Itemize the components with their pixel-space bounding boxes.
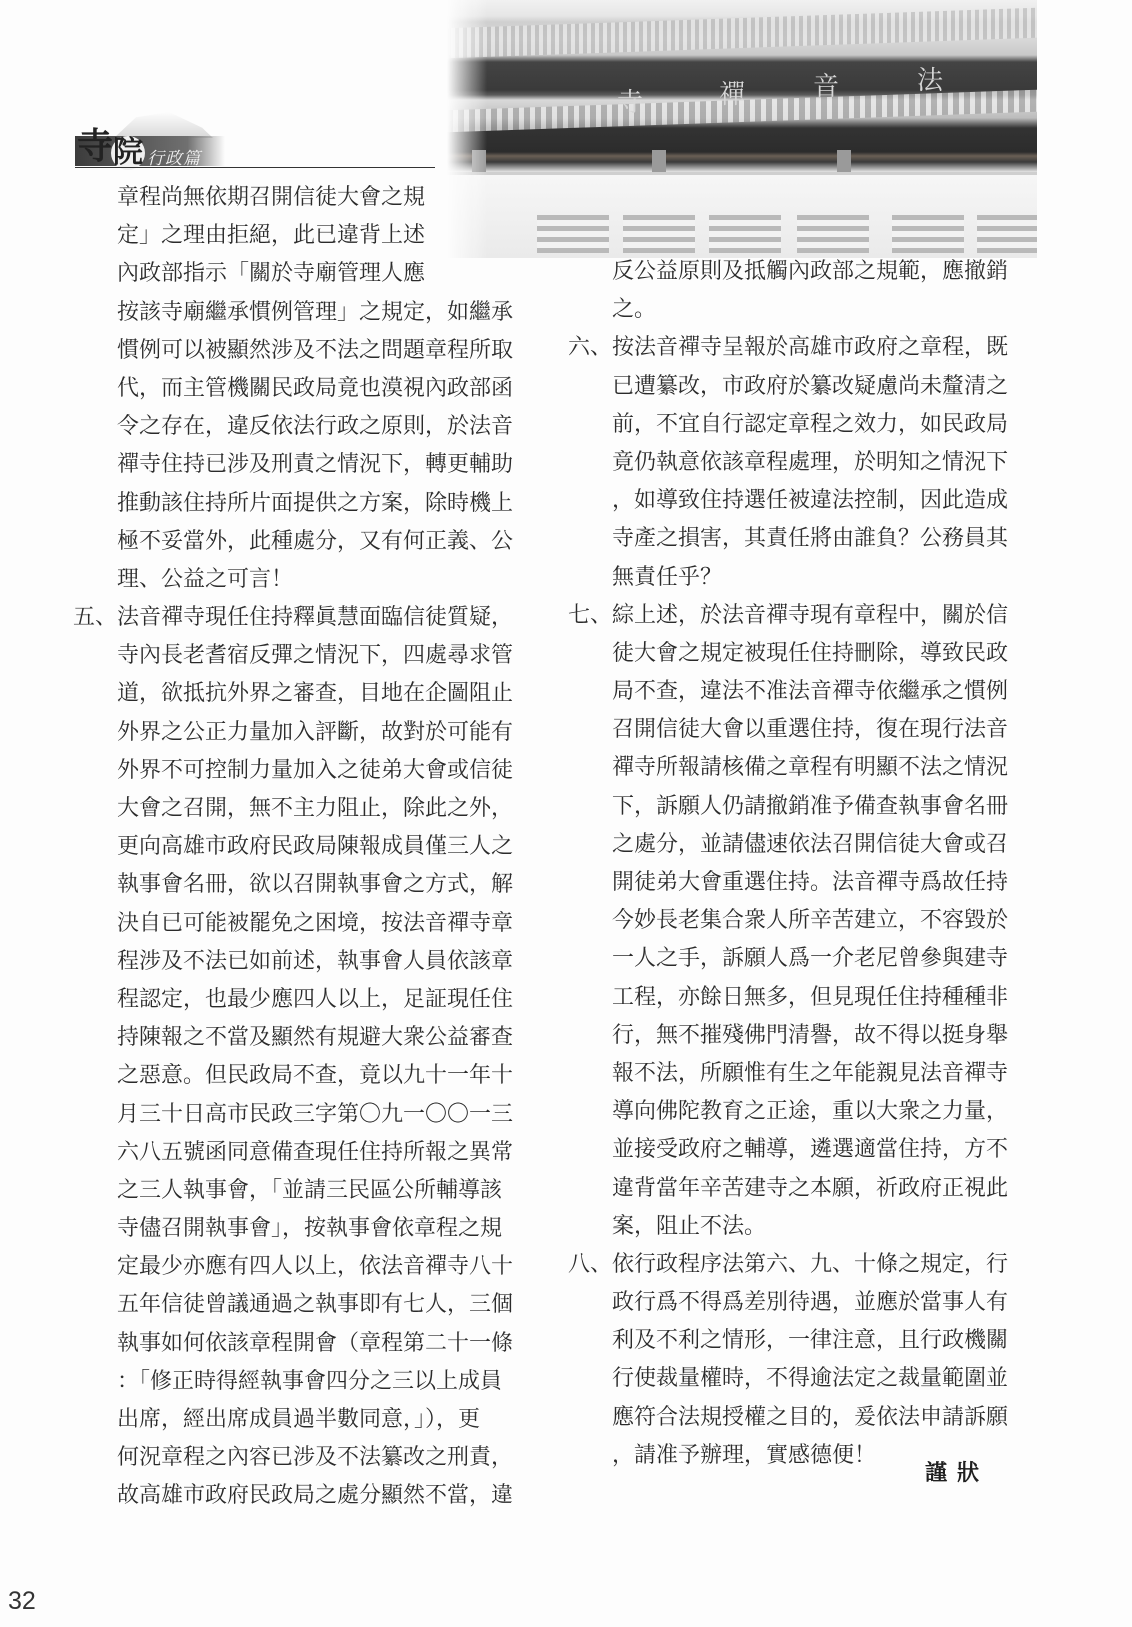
continuation-paragraph: 反公益原則及抵觸內政部之規範，應撤銷 之。 [612, 253, 1007, 329]
temple-sign-char: 禪 [719, 74, 745, 111]
text-line: 綜上述，於法音禪寺現有章程中，關於信 [612, 597, 1007, 635]
text-line: 大會之召開，無不主力阻止，除此之外， [117, 790, 512, 828]
text-line: 按該寺廟繼承慣例管理」之規定，如繼承 [117, 294, 512, 332]
text-line: 下，訴願人仍請撤銷准予備查執事會名冊 [612, 788, 1007, 826]
text-line: 禪寺住持已涉及刑責之情況下，轉更輔助 [117, 446, 512, 484]
text-line: 召開信徒大會以重選住持，復在現行法音 [612, 711, 1007, 749]
logo-char-temple: 寺 [77, 118, 113, 169]
text-line: 外界不可控制力量加入之徒弟大會或信徒 [117, 752, 512, 790]
section-logo: 寺 院 行政篇 [75, 112, 245, 168]
text-line: 出席，經出席成員過半數同意，」），更 [117, 1401, 512, 1439]
text-line: 執事如何依該章程開會（章程第二十一條 [117, 1325, 512, 1363]
text-line: 反公益原則及抵觸內政部之規範，應撤銷 [612, 253, 1007, 291]
text-line: 推動該住持所片面提供之方案，除時機上 [117, 485, 512, 523]
text-line: 理、公益之可言！ [117, 561, 512, 599]
text-line: 前，不宜自行認定章程之效力，如民政局 [612, 406, 1007, 444]
text-line: 程涉及不法已如前述，執事會人員依該章 [117, 943, 512, 981]
wall-vent [977, 215, 1037, 253]
numbered-item-5: 五、 法音禪寺現任住持釋眞慧面臨信徒質疑， 寺內長老耆宿反彈之情況下，四處尋求管… [117, 599, 512, 1516]
text-line: 竟仍執意依該章程處理，於明知之情況下 [612, 444, 1007, 482]
wall-vent [623, 215, 695, 253]
text-line: 導向佛陀教育之正途，重以大衆之力量， [612, 1093, 1007, 1131]
text-line: 徒大會之規定被現任住持刪除，導致民政 [612, 635, 1007, 673]
item-marker: 六、 [568, 329, 612, 367]
text-line: 令之存在，違反依法行政之原則，於法音 [117, 408, 512, 446]
text-line: 局不查，違法不准法音禪寺依繼承之慣例 [612, 673, 1007, 711]
text-line: 代，而主管機關民政局竟也漠視內政部函 [117, 370, 512, 408]
page-number: 32 [8, 1587, 36, 1616]
text-line: 行，無不摧殘佛門清譽，故不得以挺身舉 [612, 1017, 1007, 1055]
temple-sign-char: 音 [813, 66, 839, 103]
text-line: 之三人執事會，「並請三民區公所輔導該 [117, 1172, 512, 1210]
text-line: 依行政程序法第六、九、十條之規定，行 [612, 1246, 1007, 1284]
text-line: 之處分，並請儘速依法召開信徒大會或召 [612, 826, 1007, 864]
text-line: 之。 [612, 291, 1007, 329]
text-line: 更向高雄市政府民政局陳報成員僅三人之 [117, 828, 512, 866]
wall-vent [797, 215, 869, 253]
text-line: 內政部指示「關於寺廟管理人應 [117, 255, 512, 293]
text-line: 利及不利之情形，一律注意，且行政機關 [612, 1322, 1007, 1360]
numbered-item-6: 六、 按法音禪寺呈報於高雄市政府之章程，既 已遭纂改，市政府於纂改疑慮尚未釐清之… [612, 329, 1007, 596]
logo-subtitle: 行政篇 [147, 144, 201, 169]
text-line: 寺內長老耆宿反彈之情況下，四處尋求管 [117, 637, 512, 675]
numbered-item-8: 八、 依行政程序法第六、九、十條之規定，行 政行爲不得爲差別待遇，並應於當事人有… [612, 1246, 1007, 1475]
text-line: ：「修正時得經執事會四分之三以上成員 [117, 1363, 512, 1401]
text-line: 報不法，所願惟有生之年能親見法音禪寺 [612, 1055, 1007, 1093]
text-line: 月三十日高市民政三字第〇九一〇〇一三 [117, 1096, 512, 1134]
text-line: 章程尚無依期召開信徒大會之規 [117, 179, 512, 217]
text-line: 按法音禪寺呈報於高雄市政府之章程，既 [612, 329, 1007, 367]
text-line: 違背當年辛苦建寺之本願，祈政府正視此 [612, 1170, 1007, 1208]
left-column: 章程尚無依期召開信徒大會之規 定」之理由拒絕，此已違背上述 內政部指示「關於寺廟… [117, 179, 512, 1516]
text-line: 決自已可能被罷免之困境，按法音禪寺章 [117, 905, 512, 943]
text-line: 故高雄市政府民政局之處分顯然不當，違 [117, 1477, 512, 1515]
wall-vent [709, 215, 781, 253]
wall-vent [892, 215, 964, 253]
closing-signature: 謹狀 [925, 1456, 989, 1487]
text-line: 寺儘召開執事會」，按執事會依章程之規 [117, 1210, 512, 1248]
numbered-item-7: 七、 綜上述，於法音禪寺現有章程中，關於信 徒大會之規定被現任住持刪除，導致民政… [612, 597, 1007, 1246]
text-line: 極不妥當外，此種處分，又有何正義、公 [117, 523, 512, 561]
text-line: 之惡意。但民政局不查，竟以九十一年十 [117, 1057, 512, 1095]
text-line: 道，欲抵抗外界之審查，目地在企圖阻止 [117, 675, 512, 713]
text-line: 慣例可以被顯然涉及不法之問題章程所取 [117, 332, 512, 370]
text-line: 工程，亦餘日無多，但見現任住持種種非 [612, 979, 1007, 1017]
continuation-paragraph: 章程尚無依期召開信徒大會之規 定」之理由拒絕，此已違背上述 內政部指示「關於寺廟… [117, 179, 512, 599]
text-line: 應符合法規授權之目的，爰依法申請訴願 [612, 1399, 1007, 1437]
text-line: 程認定，也最少應四人以上，足証現任住 [117, 981, 512, 1019]
temple-sign-char: 寺 [617, 82, 643, 119]
text-line: 持陳報之不當及顯然有規避大衆公益審查 [117, 1019, 512, 1057]
text-line: 今妙長老集合衆人所辛苦建立，不容毀於 [612, 902, 1007, 940]
text-line: 六八五號函同意備查現任住持所報之異常 [117, 1134, 512, 1172]
text-line: 法音禪寺現任住持釋眞慧面臨信徒質疑， [117, 599, 512, 637]
text-line: 禪寺所報請核備之章程有明顯不法之情況 [612, 749, 1007, 787]
text-line: 行使裁量權時，不得逾法定之裁量範圍並 [612, 1360, 1007, 1398]
text-line: 寺產之損害，其責任將由誰負？公務員其 [612, 520, 1007, 558]
text-line: ，如導致住持選任被違法控制，因此造成 [612, 482, 1007, 520]
item-marker: 七、 [568, 597, 612, 635]
text-line: 已遭纂改，市政府於纂改疑慮尚未釐清之 [612, 368, 1007, 406]
text-line: 一人之手，訴願人爲一介老尼曾參與建寺 [612, 940, 1007, 978]
text-line: 外界之公正力量加入評斷，故對於可能有 [117, 714, 512, 752]
item-marker: 八、 [568, 1246, 612, 1284]
text-line: 案，阻止不法。 [612, 1208, 1007, 1246]
text-line: 定最少亦應有四人以上，依法音禪寺八十 [117, 1248, 512, 1286]
logo-char-courtyard: 院 [111, 136, 145, 170]
text-line: 政行爲不得爲差別待遇，並應於當事人有 [612, 1284, 1007, 1322]
header-divider [75, 167, 435, 168]
item-marker: 五、 [73, 599, 117, 637]
magazine-page: 寺 禪 音 法 寺 院 行政篇 章程尚無依期召開信徒大會之規 定」之理由拒絕，此… [0, 0, 1132, 1627]
temple-sign-char: 法 [917, 60, 943, 97]
roof-tiles-upper [447, 8, 1037, 59]
wall-vent [537, 215, 609, 253]
text-line: 無責任乎？ [612, 559, 1007, 597]
text-line: 定」之理由拒絕，此已違背上述 [117, 217, 512, 255]
text-line: 執事會名冊，欲以召開執事會之方式，解 [117, 866, 512, 904]
right-column: 反公益原則及抵觸內政部之規範，應撤銷 之。 六、 按法音禪寺呈報於高雄市政府之章… [612, 253, 1007, 1475]
temple-facade-photo: 寺 禪 音 法 [447, 0, 1037, 258]
text-line: 開徒弟大會重選住持。法音禪寺爲故任持 [612, 864, 1007, 902]
text-line: 五年信徒曾議通過之執事即有七人，三個 [117, 1286, 512, 1324]
text-line: 並接受政府之輔導，遴選適當住持，方不 [612, 1131, 1007, 1169]
text-line: 何況章程之內容已涉及不法纂改之刑責， [117, 1439, 512, 1477]
